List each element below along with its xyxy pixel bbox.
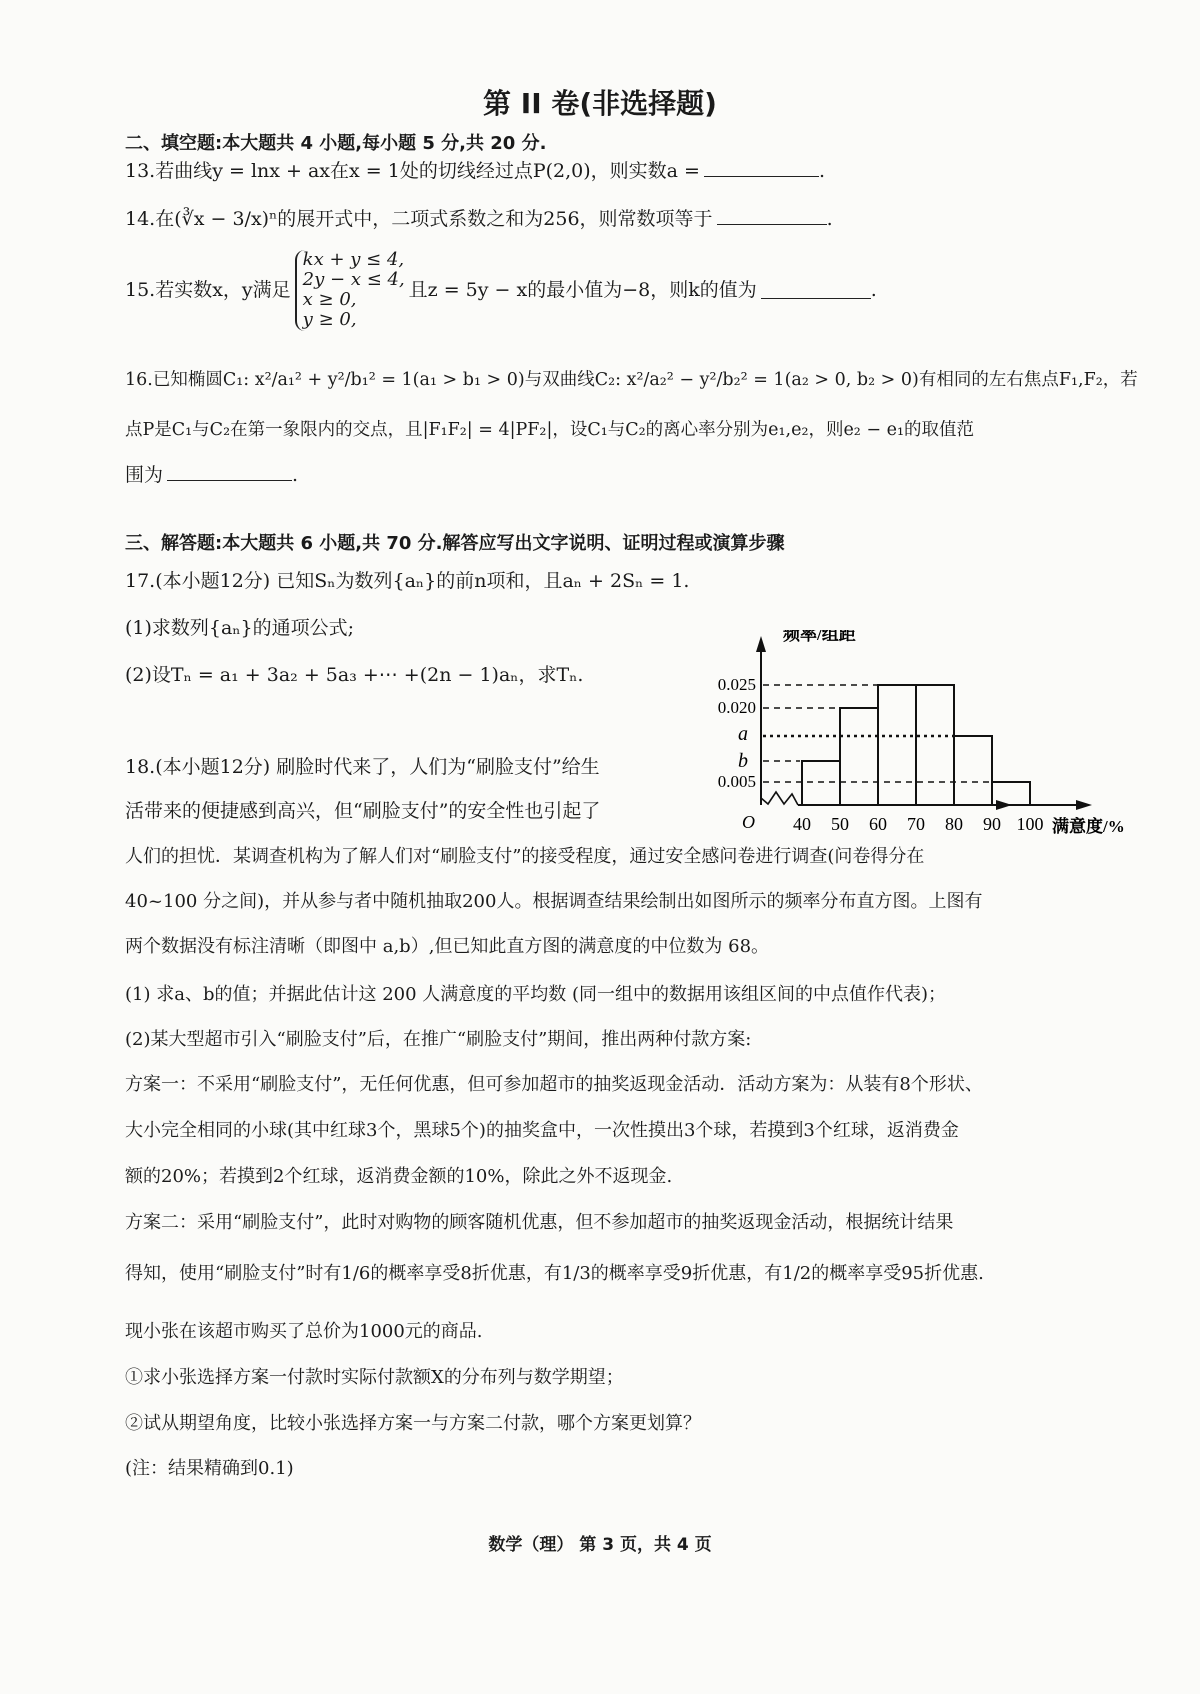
x-tick-label: 70: [907, 814, 925, 834]
x-tick-label: 80: [945, 814, 963, 834]
q14: 14.在(∛x − 3/x)ⁿ的展开式中，二项式系数之和为256，则常数项等于.: [125, 208, 833, 231]
q18-line5: 两个数据没有标注清晰（即图中 a,b）,但已知此直方图的满意度的中位数为 68。: [125, 936, 769, 958]
answer-blank[interactable]: [717, 208, 827, 225]
note: (注：结果精确到0.1): [125, 1458, 294, 1480]
plan1-line1: 方案一：不采用“刷脸支付”，无任何优惠，但可参加超市的抽奖返现金活动．活动方案为…: [125, 1074, 983, 1096]
y-tick-label: a: [738, 723, 748, 745]
plan1-line2: 大小完全相同的小球(其中红球3个，黑球5个)的抽奖盒中，一次性摸出3个球，若摸到…: [125, 1120, 959, 1142]
purchase-text: 现小张在该超市购买了总价为1000元的商品.: [125, 1321, 483, 1343]
x-tick-label: 100: [1017, 814, 1044, 834]
x-tick-label: 40: [793, 814, 811, 834]
constraint: y ≥ 0,: [303, 310, 405, 330]
x-tick-label: 90: [983, 814, 1001, 834]
answer-blank[interactable]: [704, 160, 819, 177]
q16-line1: 16.已知椭圆C₁: x²/a₁² + y²/b₁² = 1(a₁ > b₁ >…: [125, 370, 1138, 391]
y-axis-label: 频率/组距: [783, 630, 856, 644]
bar-60-70: [878, 685, 916, 805]
q18-line2: 活带来的便捷感到高兴，但“刷脸支付”的安全性也引起了: [125, 800, 600, 823]
bars: [802, 685, 1030, 805]
x-tick-label: 50: [831, 814, 849, 834]
y-tick-label: 0.020: [718, 698, 756, 717]
y-axis-arrow-icon: [756, 636, 766, 652]
page-footer: 数学（理） 第 3 页，共 4 页: [0, 1530, 1200, 1555]
q16-line3: 围为.: [125, 464, 298, 487]
q15-prefix: 15.若实数x，y满足: [125, 279, 291, 301]
bar-40-50: [802, 761, 840, 805]
answer-blank[interactable]: [761, 282, 871, 299]
constraint: kx + y ≤ 4,: [303, 250, 405, 270]
q18-part2: (2)某大型超市引入“刷脸支付”后，在推广“刷脸支付”期间，推出两种付款方案:: [125, 1029, 751, 1051]
constraint: 2y − x ≤ 4,: [303, 270, 405, 290]
plan2-line1: 方案二：采用“刷脸支付”，此时对购物的顾客随机优惠，但不参加超市的抽奖返现金活动…: [125, 1212, 953, 1234]
sub-question-2: ②试从期望角度，比较小张选择方案一与方案二付款，哪个方案更划算？: [125, 1413, 701, 1435]
x-axis-label: 满意度/%: [1052, 816, 1125, 836]
q16-text: 围为: [125, 464, 163, 486]
bar-50-60: [840, 708, 878, 805]
section3-heading: 三、解答题:本大题共 6 小题,共 70 分.解答应写出文字说明、证明过程或演算…: [125, 533, 785, 555]
q18-line1: 18.(本小题12分) 刷脸时代来了，人们为“刷脸支付”给生: [125, 756, 600, 779]
frequency-histogram: 频率/组距 0.025 0.020 a b 0.005 O 40 50 60 7…: [640, 630, 1160, 870]
sub-question-1: ①求小张选择方案一付款时实际付款额X的分布列与数学期望；: [125, 1367, 624, 1389]
section2-heading: 二、填空题:本大题共 4 小题,每小题 5 分,共 20 分.: [125, 133, 546, 155]
origin-label: O: [742, 812, 755, 832]
plan1-line3: 额的20%；若摸到2个红球，返消费金额的10%，除此之外不返现金.: [125, 1166, 672, 1188]
q14-text: 14.在(∛x − 3/x)ⁿ的展开式中，二项式系数之和为256，则常数项等于: [125, 208, 713, 230]
y-tick-label: b: [738, 750, 748, 772]
q17-part2: (2)设Tₙ = a₁ + 3a₂ + 5a₃ +⋯ +(2n − 1)aₙ，求…: [125, 664, 583, 687]
axis-break-icon: [761, 792, 798, 805]
q13-text: 13.若曲线y = lnx + ax在x = 1处的切线经过点P(2,0)，则实…: [125, 160, 700, 182]
q18-line4: 40~100 分之间)，并从参与者中随机抽取200人。根据调查结果绘制出如图所示…: [125, 891, 982, 913]
y-tick-label: 0.005: [718, 772, 756, 791]
bar-70-80: [916, 685, 954, 805]
q17-part1: (1)求数列{aₙ}的通项公式;: [125, 617, 354, 640]
q15-suffix: 且z = 5y − x的最小值为−8，则k的值为: [409, 279, 757, 301]
bar-80-90: [954, 736, 992, 805]
plan2-line2: 得知，使用“刷脸支付”时有1/6的概率享受8折优惠，有1/3的概率享受9折优惠，…: [125, 1263, 984, 1285]
x-tick-label: 60: [869, 814, 887, 834]
answer-blank[interactable]: [167, 464, 292, 481]
y-tick-label: 0.025: [718, 675, 756, 694]
constraint-system: kx + y ≤ 4,2y − x ≤ 4,x ≥ 0,y ≥ 0,: [295, 250, 405, 331]
q18-part1: (1) 求a、b的值；并据此估计这 200 人满意度的平均数 (同一组中的数据用…: [125, 984, 946, 1006]
q15: 15.若实数x，y满足kx + y ≤ 4,2y − x ≤ 4,x ≥ 0,y…: [125, 250, 877, 331]
constraint: x ≥ 0,: [303, 290, 405, 310]
q17-stem: 17.(本小题12分) 已知Sₙ为数列{aₙ}的前n项和，且aₙ + 2Sₙ =…: [125, 570, 689, 593]
page-title: 第 II 卷(非选择题): [0, 82, 1200, 122]
q16-line2: 点P是C₁与C₂在第一象限内的交点，且|F₁F₂| = 4|PF₂|，设C₁与C…: [125, 420, 974, 441]
q13: 13.若曲线y = lnx + ax在x = 1处的切线经过点P(2,0)，则实…: [125, 160, 825, 183]
